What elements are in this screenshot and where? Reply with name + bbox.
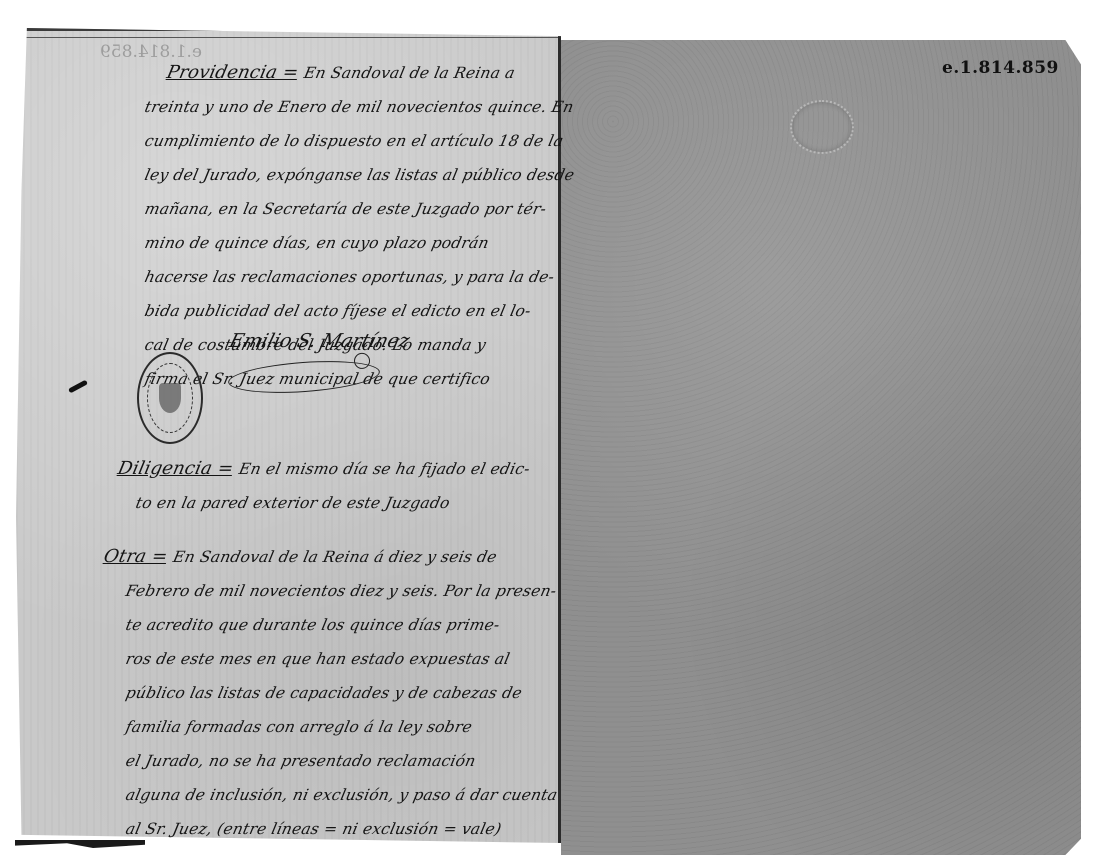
otra-line-7: alguna de inclusión, ni exclusión, y pas… <box>100 778 562 812</box>
right-page <box>561 40 1081 855</box>
embossed-seal-icon <box>790 100 854 154</box>
providencia-line-2: cumplimiento de lo dispuesto en el artíc… <box>141 124 558 158</box>
otra-line-6: el Jurado, no se ha presentado reclamaci… <box>100 744 562 778</box>
otra-line-3: ros de este mes en que han estado expues… <box>100 642 562 676</box>
page-top-curl <box>16 25 561 38</box>
otra-line-2: te acredito que durante los quince días … <box>100 608 562 642</box>
diligencia-line-0: Diligencia =En el mismo día se ha fijado… <box>114 452 551 486</box>
otra-line-0: Otra =En Sandoval de la Reina á diez y s… <box>100 540 562 574</box>
diligencia-entry: Diligencia =En el mismo día se ha fijado… <box>118 452 548 520</box>
providencia-line-4: mañana, en la Secretaría de este Juzgado… <box>141 192 558 226</box>
archive-number: e.1.814.859 <box>942 58 1059 78</box>
otra-entry: Otra =En Sandoval de la Reina á diez y s… <box>104 540 559 846</box>
otra-line-1: Febrero de mil novecientos diez y seis. … <box>100 574 562 608</box>
court-seal-stamp-icon <box>137 352 203 444</box>
judge-signature: Emilio S. Martínez <box>227 330 412 352</box>
stamp-inner-ring <box>147 363 193 433</box>
otra-line-5: familia formadas con arreglo á la ley so… <box>100 710 562 744</box>
providencia-heading: Providencia = <box>165 62 301 83</box>
providencia-line-3: ley del Jurado, expónganse las listas al… <box>141 158 558 192</box>
otra-line-8: al Sr. Juez, (entre líneas = ni exclusió… <box>100 812 562 846</box>
coat-of-arms-icon <box>159 383 181 413</box>
document-scan: e.1.814.859 e.1.814.859 Providencia =En … <box>0 0 1100 863</box>
providencia-line-7: bida publicidad del acto fíjese el edict… <box>141 294 558 328</box>
otra-line-4: público las listas de capacidades y de c… <box>100 676 562 710</box>
diligencia-line-1: to en la pared exterior de este Juzgado <box>114 486 551 520</box>
providencia-line-0: Providencia =En Sandoval de la Reina a <box>141 56 558 90</box>
providencia-line-1: treinta y uno de Enero de mil noveciento… <box>141 90 558 124</box>
providencia-line-5: mino de quince días, en cuyo plazo podrá… <box>141 226 558 260</box>
torn-edge <box>15 840 145 848</box>
providencia-line-6: hacerse las reclamaciones oportunas, y p… <box>141 260 558 294</box>
otra-heading: Otra = <box>102 546 170 567</box>
diligencia-heading: Diligencia = <box>116 458 236 479</box>
